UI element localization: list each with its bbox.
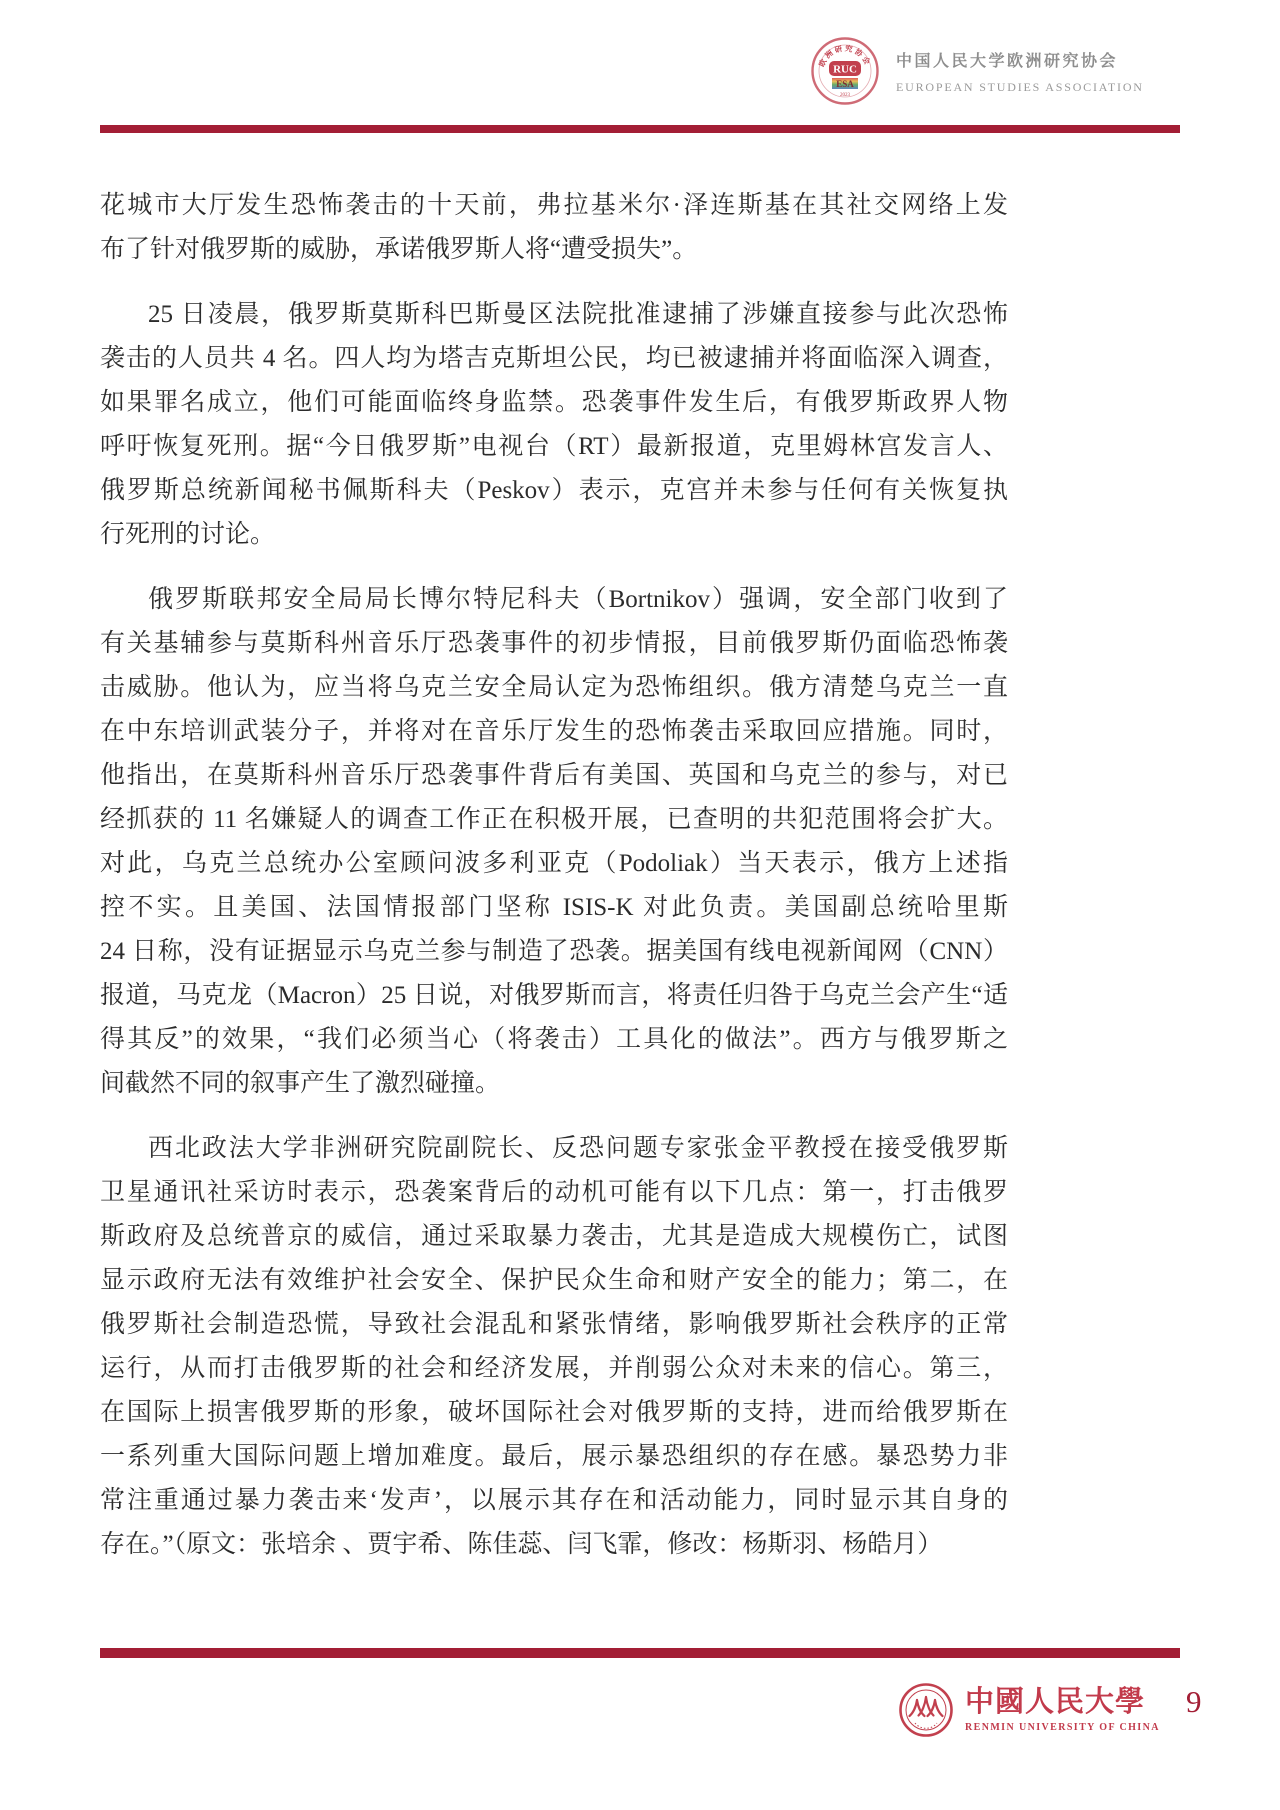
footer-univ-text: 中國人民大學 RENMIN UNIVERSITY OF CHINA [965,1687,1160,1733]
body-line: 25 日凌晨，俄罗斯莫斯科巴斯曼区法院批准逮捕了涉嫌直接参与此次恐怖 [100,293,1008,337]
paragraph: 西北政法大学非洲研究院副院长、反恐问题专家张金平教授在接受俄罗斯卫星通讯社采访时… [100,1127,1008,1567]
body-line: 运行，从而打击俄罗斯的社会和经济发展，并削弱公众对未来的信心。第三， [100,1347,1008,1391]
document-page: 欧洲研究协会 RUC ESA 2023 中国人民大学欧洲研究协会 EUROPEA… [0,0,1280,1810]
paragraph: 25 日凌晨，俄罗斯莫斯科巴斯曼区法院批准逮捕了涉嫌直接参与此次恐怖袭击的人员共… [100,293,1008,557]
body-line: 对此，乌克兰总统办公室顾问波多利亚克（Podoliak）当天表示，俄方上述指 [100,842,1008,886]
header-divider-rule [100,125,1180,133]
body-line: 在国际上损害俄罗斯的形象，破坏国际社会对俄罗斯的支持，进而给俄罗斯在 [100,1391,1008,1435]
body-line: 布了针对俄罗斯的威胁，承诺俄罗斯人将“遭受损失”。 [100,228,1008,272]
page-number: 9 [1186,1684,1202,1720]
body-line: 花城市大厅发生恐怖袭击的十天前，弗拉基米尔·泽连斯基在其社交网络上发 [100,184,1008,228]
org-name-english: EUROPEAN STUDIES ASSOCIATION [896,80,1144,95]
body-line: 呼吁恢复死刑。据“今日俄罗斯”电视台（RT）最新报道，克里姆林宫发言人、 [100,425,1008,469]
footer: 中國人民大學 RENMIN UNIVERSITY OF CHINA [898,1682,1160,1738]
body-line: 间截然不同的叙事产生了激烈碰撞。 [100,1062,1008,1106]
body-line: 俄罗斯总统新闻秘书佩斯科夫（Peskov）表示，克宫并未参与任何有关恢复执 [100,469,1008,513]
body-line: 俄罗斯社会制造恐慌，导致社会混乱和紧张情绪，影响俄罗斯社会秩序的正常 [100,1303,1008,1347]
body-line: 行死刑的讨论。 [100,513,1008,557]
body-line: 斯政府及总统普京的威信，通过采取暴力袭击，尤其是造成大规模伤亡，试图 [100,1215,1008,1259]
footer-divider-rule [100,1648,1180,1658]
body-line: 西北政法大学非洲研究院副院长、反恐问题专家张金平教授在接受俄罗斯 [100,1127,1008,1171]
renmin-university-seal-icon [898,1682,954,1738]
logo-year-text: 2023 [840,93,851,98]
body-line: 常注重通过暴力袭击来‘发声’，以展示其存在和活动能力，同时显示其自身的 [100,1479,1008,1523]
univ-name-english: RENMIN UNIVERSITY OF CHINA [965,1722,1160,1733]
body-line: 24 日称，没有证据显示乌克兰参与制造了恐袭。据美国有线电视新闻网（CNN） [100,930,1008,974]
body-line: 俄罗斯联邦安全局局长博尔特尼科夫（Bortnikov）强调，安全部门收到了 [100,578,1008,622]
body-line: 存在。”（原文：张培余 、贾宇希、陈佳蕊、闫飞霏，修改：杨斯羽、杨皓月） [100,1523,1008,1567]
body-line: 如果罪名成立，他们可能面临终身监禁。恐袭事件发生后，有俄罗斯政界人物 [100,381,1008,425]
body-line: 有关基辅参与莫斯科州音乐厅恐袭事件的初步情报，目前俄罗斯仍面临恐怖袭 [100,622,1008,666]
body-line: 显示政府无法有效维护社会安全、保护民众生命和财产安全的能力；第二，在 [100,1259,1008,1303]
body-line: 报道，马克龙（Macron）25 日说，对俄罗斯而言，将责任归咎于乌克兰会产生“… [100,974,1008,1018]
header: 欧洲研究协会 RUC ESA 2023 中国人民大学欧洲研究协会 EUROPEA… [810,36,1144,106]
paragraph: 俄罗斯联邦安全局局长博尔特尼科夫（Bortnikov）强调，安全部门收到了有关基… [100,578,1008,1106]
paragraph: 花城市大厅发生恐怖袭击的十天前，弗拉基米尔·泽连斯基在其社交网络上发布了针对俄罗… [100,184,1008,272]
body-line: 一系列重大国际问题上增加难度。最后，展示暴恐组织的存在感。暴恐势力非 [100,1435,1008,1479]
body-line: 袭击的人员共 4 名。四人均为塔吉克斯坦公民，均已被逮捕并将面临深入调查， [100,337,1008,381]
body-line: 控不实。且美国、法国情报部门坚称 ISIS-K 对此负责。美国副总统哈里斯（Ha… [100,886,1008,930]
body-text: 花城市大厅发生恐怖袭击的十天前，弗拉基米尔·泽连斯基在其社交网络上发布了针对俄罗… [100,184,1008,1588]
logo-esa-text: ESA [836,79,854,89]
body-line: 经抓获的 11 名嫌疑人的调查工作正在积极开展，已查明的共犯范围将会扩大。 [100,798,1008,842]
body-line: 击威胁。他认为，应当将乌克兰安全局认定为恐怖组织。俄方清楚乌克兰一直 [100,666,1008,710]
body-line: 他指出，在莫斯科州音乐厅恐袭事件背后有美国、英国和乌克兰的参与，对已 [100,754,1008,798]
body-line: 卫星通讯社采访时表示，恐袭案背后的动机可能有以下几点：第一，打击俄罗 [100,1171,1008,1215]
body-line: 得其反”的效果，“我们必须当心（将袭击）工具化的做法”。西方与俄罗斯之 [100,1018,1008,1062]
logo-ruc-text: RUC [833,64,857,76]
body-line: 在中东培训武装分子，并将对在音乐厅发生的恐怖袭击采取回应措施。同时， [100,710,1008,754]
org-name-chinese: 中国人民大学欧洲研究协会 [896,48,1144,71]
esa-association-logo-icon: 欧洲研究协会 RUC ESA 2023 [810,36,880,106]
header-org-text: 中国人民大学欧洲研究协会 EUROPEAN STUDIES ASSOCIATIO… [896,48,1144,95]
univ-name-chinese: 中國人民大學 [965,1687,1160,1719]
